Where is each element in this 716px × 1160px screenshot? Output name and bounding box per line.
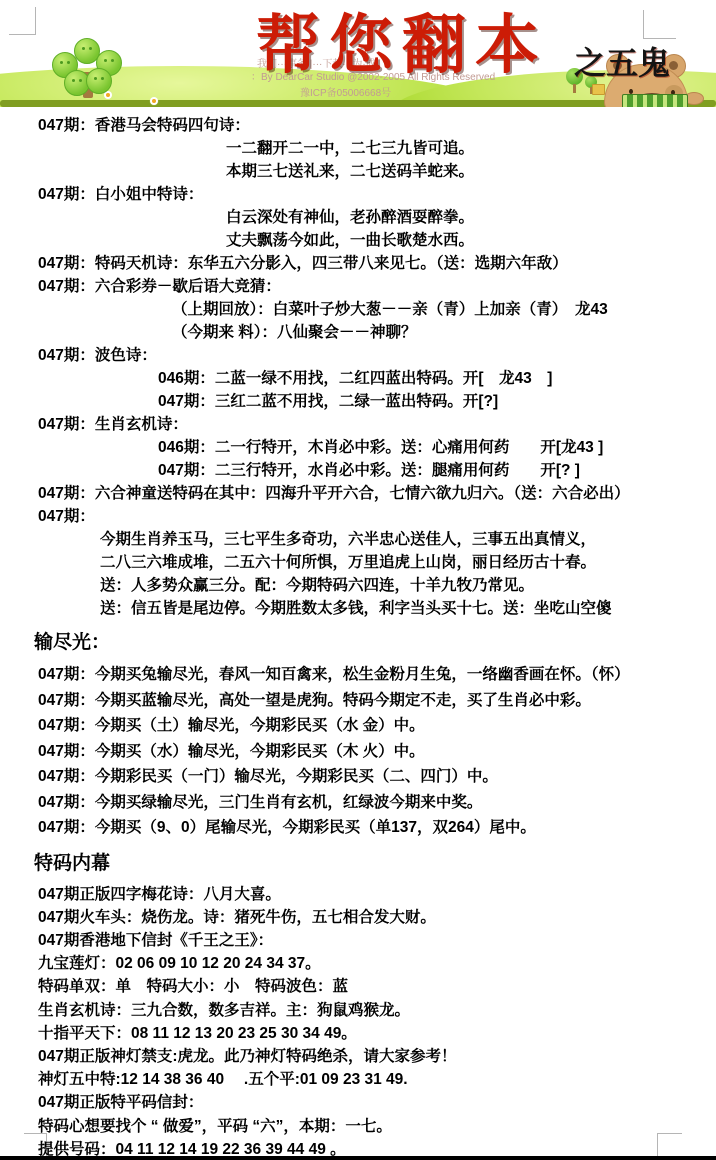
text-line: 047期：波色诗： <box>0 344 716 367</box>
text-line: 046期：二一行特开，木肖必中彩。送：心痛用何药 开[龙43 ] <box>0 436 716 459</box>
watermark-icp: 豫ICP备05006668号 <box>300 84 391 99</box>
text-line: 九宝莲灯：02 06 09 10 12 20 24 34 37。 <box>0 952 716 975</box>
text-line: 一二翻开二一中，二七三九皆可追。 <box>0 137 716 160</box>
text-line: 047期：白小姐中特诗： <box>0 183 716 206</box>
text-line: 特码心想要找个 “ 做爱”，平码 “六”，本期：一七。 <box>0 1115 716 1138</box>
section-neimu: 特码内幕047期正版四字梅花诗：八月大喜。047期火车头：烧伤龙。诗：猪死牛伤，… <box>0 841 716 1160</box>
text-line: 047期正版四字梅花诗：八月大喜。 <box>0 883 716 906</box>
section-heading: 输尽光： <box>0 620 716 662</box>
text-line: 047期：特码天机诗：东华五六分影入，四三带八来见七。（送：选期六年敌） <box>0 252 716 275</box>
sheet-content: 047期：香港马会特码四句诗：一二翻开二一中，二七三九皆可追。本期三七送礼来，二… <box>0 110 716 1160</box>
text-line: 二八三六堆成堆，二五六十何所惧，万里追虎上山岗，丽日经历古十春。 <box>0 551 716 574</box>
text-line: 047期：今期买兔输尽光，春风一知百禽来，松生金粉月生兔，一络幽香画在怀。（怀） <box>0 662 716 688</box>
crop-mark-top-left <box>9 7 36 35</box>
section-poems: 047期：香港马会特码四句诗：一二翻开二一中，二七三九皆可追。本期三七送礼来，二… <box>0 110 716 620</box>
section-heading: 特码内幕 <box>0 841 716 883</box>
tree-leaf-icon <box>86 68 112 94</box>
crop-mark-top-right <box>643 10 676 39</box>
tip-sheet-page: 我们···事务 |···下载···为·成· ：By DearCar Studio… <box>0 0 716 1160</box>
page-title: 帮您翻本 <box>256 0 548 86</box>
text-line: 047期：二三行特开，水肖必中彩。送：腿痛用何药 开[? ] <box>0 459 716 482</box>
text-line: 047期：今期买（土）输尽光，今期彩民买（水 金）中。 <box>0 713 716 739</box>
text-line: 047期：今期买（9、0）尾输尽光，今期彩民买（单137，双264）尾中。 <box>0 815 716 841</box>
text-line: 十指平天下：08 11 12 13 20 23 25 30 34 49。 <box>0 1022 716 1045</box>
page-title-suffix: 之五鬼 <box>574 38 670 84</box>
text-line: 神灯五中特:12 14 38 36 40 .五个平:01 09 23 31 49… <box>0 1068 716 1091</box>
text-line: 047期：六合彩券－歇后语大竞猜： <box>0 275 716 298</box>
text-line: 丈夫飘荡今如此，一曲长歌楚水西。 <box>0 229 716 252</box>
text-line: 046期：二蓝一绿不用找，二红四蓝出特码。开[ 龙43 ] <box>0 367 716 390</box>
text-line: 047期正版神灯禁支:虎龙。此乃神灯特码绝杀，请大家参考！ <box>0 1045 716 1068</box>
text-line: 送：信五皆是尾边停。今期胜数太多钱，利字当头买十七。送：坐吃山空傻 <box>0 597 716 620</box>
text-line: 047期香港地下信封《千王之王》： <box>0 929 716 952</box>
text-line: 生肖玄机诗：三九合数，数多吉祥。主：狗鼠鸡猴龙。 <box>0 999 716 1022</box>
text-line: 047期：香港马会特码四句诗： <box>0 114 716 137</box>
text-line: 047期： <box>0 505 716 528</box>
text-line: 047期：生肖玄机诗： <box>0 413 716 436</box>
text-line: 特码单双：单 特码大小：小 特码波色：蓝 <box>0 975 716 998</box>
text-line: 047期：今期彩民买（一门）输尽光，今期彩民买（二、四门）中。 <box>0 764 716 790</box>
text-line: 本期三七送礼来，二七送码羊蛇来。 <box>0 160 716 183</box>
text-line: 047期正版特平码信封： <box>0 1091 716 1114</box>
text-line: 今期生肖养玉马，三七平生多奇功，六半忠心送佳人，三事五出真情义， <box>0 528 716 551</box>
text-line: （今期来 料）：八仙聚会－－神聊？ <box>0 321 716 344</box>
fence-icon <box>622 94 688 107</box>
text-line: 白云深处有神仙，老孙醉酒耍醉拳。 <box>0 206 716 229</box>
flower-icon <box>150 97 158 105</box>
text-line: 047期火车头：烧伤龙。诗：猪死牛伤，五七相合发大财。 <box>0 906 716 929</box>
text-line: 047期：今期买绿输尽光，三门生肖有玄机，红绿波今期来中奖。 <box>0 790 716 816</box>
text-line: 047期：今期买蓝输尽光，高处一望是虎狗。特码今期定不走，买了生肖必中彩。 <box>0 688 716 714</box>
text-line: 047期：今期买（水）输尽光，今期彩民买（木 火）中。 <box>0 739 716 765</box>
text-line: 047期：三红二蓝不用找，二绿一蓝出特码。开[?] <box>0 390 716 413</box>
tree-illustration <box>52 42 124 100</box>
section-shujinguang: 输尽光：047期：今期买兔输尽光，春风一知百禽来，松生金粉月生兔，一络幽香画在怀… <box>0 620 716 841</box>
text-line: （上期回放）：白菜叶子炒大葱－－亲（青）上加亲（青） 龙43 <box>0 298 716 321</box>
text-line: 送：人多势众赢三分。配：今期特码六四连，十羊九牧乃常见。 <box>0 574 716 597</box>
bottom-divider <box>0 1156 716 1160</box>
text-line: 047期：六合神童送特码在其中：四海升平开六合，七情六欲九归六。（送：六合必出） <box>0 482 716 505</box>
header-banner: 我们···事务 |···下载···为·成· ：By DearCar Studio… <box>0 0 716 107</box>
